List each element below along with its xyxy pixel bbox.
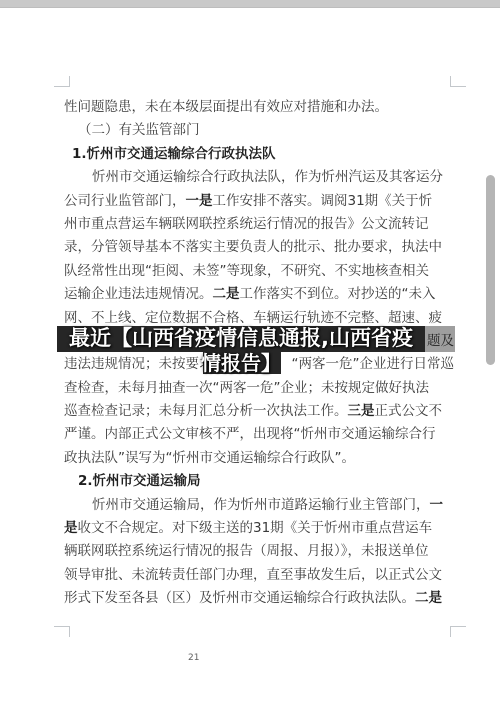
document-line: 是收文不合规定。对下级主送的31期《关于忻州市重点营运车 [64,517,441,540]
document-line: 运输企业违法违规情况。二是工作落实不到位。对抄送的“未入 [64,283,441,306]
document-text-run: 辆联网联控系统运行情况的报告（周报、月报）》，未报送单位 [64,543,429,559]
banner-title-line1: 最近【山西省疫情信息通报,山西省疫 [57,325,425,352]
document-text-run: （二）有关监管部门 [78,122,200,138]
document-text-run: 工作安排不落实。调阅31期《关于忻 [213,193,433,209]
document-text-run: 形式下发至各县（区）及忻州市交通运输综合行政执法队。 [64,590,415,606]
document-line: （二）有关监管部门 [64,119,441,142]
text-boundary-mark-top-right [450,76,466,87]
document-text-bold-run: 一是 [186,193,213,209]
document-line: 辆联网联控系统运行情况的报告（周报、月报）》，未报送单位 [64,540,441,563]
document-line: 公司行业监管部门，一是工作安排不落实。调阅31期《关于忻 [64,190,441,213]
document-text-run: 运输企业违法违规情况。 [64,286,213,302]
document-text-run: 忻州市交通运输局，作为忻州市道路运输行业主管部门， [92,497,430,513]
document-line: 领导审批、未流转责任部门办理，直至事故发生后，以正式公文 [64,564,441,587]
document-text-bold-run: 1.忻州市交通运输综合行政执法队 [72,146,276,162]
document-line: 严谨。内部正式公文审核不严，出现将“忻州市交通运输综合行 [64,423,441,446]
document-text-run: 网、不上线、定位数据不合格、车辆运行轨迹不完整、超速、疲 [64,310,442,326]
window-top-edge [0,0,500,8]
banner-title-line2: 情报告】 [57,352,425,374]
document-text-run: 收文不合规定。对下级主送的31期《关于忻州市重点营运车 [78,520,433,536]
document-line: 性问题隐患，未在本级层面提出有效应对措施和办法。 [64,96,441,119]
document-text-run: 队经常性出现“拒阅、未签”等现象，不研究、不实地核查相关 [64,263,429,279]
document-line: 政执法队”误写为“忻州市交通运输综合行政队”。 [64,447,441,470]
document-line: 1.忻州市交通运输综合行政执法队 [64,143,441,166]
document-text-bold-run: 一 [430,497,444,513]
document-text-run: 公司行业监管部门， [64,193,186,209]
document-text-bold-run: 三是 [348,403,375,419]
document-text-run: 领导审批、未流转责任部门办理，直至事故发生后，以正式公文 [64,567,442,583]
document-text-run: 忻州市交通运输综合行政执法队，作为忻州汽运及其客运分 [92,169,443,185]
document-text-run: 州市重点营运车辆联网联控系统运行情况的报告》公文流转记 [64,216,429,232]
document-line: 巡查检查记录；未每月汇总分析一次执法工作。三是正式公文不 [64,400,441,423]
document-line: 形式下发至各县（区）及忻州市交通运输综合行政执法队。二是 [64,587,441,610]
document-line: 忻州市交通运输综合行政执法队，作为忻州汽运及其客运分 [64,166,441,189]
document-text-run: 性问题隐患，未在本级层面提出有效应对措施和办法。 [64,99,388,115]
document-line: 队经常性出现“拒阅、未签”等现象，不研究、不实地核查相关 [64,260,441,283]
document-text-bold-run: 二是 [213,286,240,302]
text-boundary-mark-top-left [54,76,70,87]
document-text-run: 正式公文不 [375,403,443,419]
document-text-bold-run: 是 [64,520,78,536]
document-text-run: 录，分管领导基本不落实主要负责人的批示、批办要求，执法中 [64,239,442,255]
document-text-run: 政执法队”误写为“忻州市交通运输综合行政队”。 [64,450,355,466]
document-line: 查检查，未每月抽查一次“两客一危”企业；未按规定做好执法 [64,377,441,400]
text-boundary-mark-bottom-left [54,626,70,637]
overlay-banner-background-fade [425,326,455,352]
document-text-run: 工作落实不到位。对抄送的“未入 [240,286,436,302]
overlay-banner: 最近【山西省疫情信息通报,山西省疫 情报告】 [57,325,425,374]
document-line: 2.忻州市交通运输局 [64,470,441,493]
document-text-run: 查检查，未每月抽查一次“两客一危”企业；未按规定做好执法 [64,380,429,396]
document-text-bold-run: 二是 [415,590,442,606]
document-line: 州市重点营运车辆联网联控系统运行情况的报告》公文流转记 [64,213,441,236]
vertical-scrollbar-thumb[interactable] [486,175,495,365]
document-text-run: 巡查检查记录；未每月汇总分析一次执法工作。 [64,403,348,419]
document-text-run: 严谨。内部正式公文审核不严，出现将“忻州市交通运输综合行 [64,426,436,442]
document-text-bold-run: 2.忻州市交通运输局 [78,473,201,489]
document-line: 忻州市交通运输局，作为忻州市道路运输行业主管部门，一 [64,494,441,517]
document-line: 录，分管领导基本不落实主要负责人的批示、批办要求，执法中 [64,236,441,259]
text-boundary-mark-bottom-right [450,626,466,637]
page-number: 21 [188,653,199,663]
